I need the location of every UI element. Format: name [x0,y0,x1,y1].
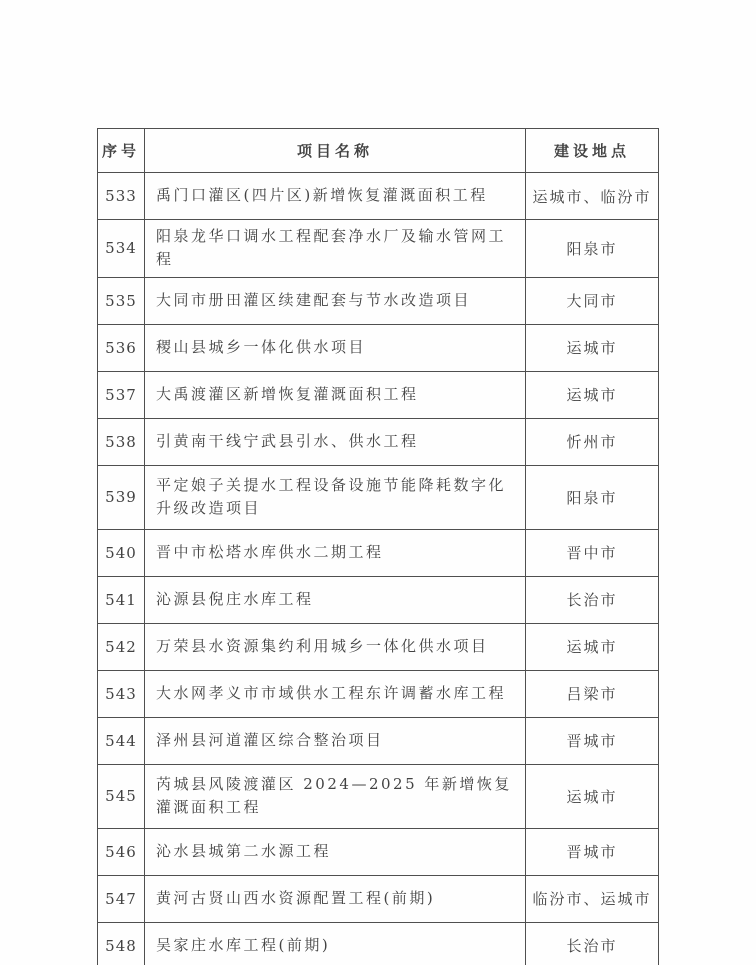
project-name-cell: 大禹渡灌区新增恢复灌溉面积工程 [145,371,526,418]
header-construction-location: 建设地点 [526,129,659,173]
project-name-cell: 引黄南干线宁武县引水、供水工程 [145,418,526,465]
location-cell: 运城市 [526,324,659,371]
project-name-cell: 大水网孝义市市域供水工程东许调蓄水库工程 [145,670,526,717]
table-row: 533 禹门口灌区(四片区)新增恢复灌溉面积工程 运城市、临汾市 [98,173,659,220]
project-name-cell: 吴家庄水库工程(前期) [145,922,526,965]
table-row: 544 泽州县河道灌区综合整治项目 晋城市 [98,717,659,764]
row-number-cell: 540 [98,529,145,576]
row-number-cell: 539 [98,465,145,529]
table-row: 538 引黄南干线宁武县引水、供水工程 忻州市 [98,418,659,465]
project-name-cell: 阳泉龙华口调水工程配套净水厂及输水管网工程 [145,220,526,278]
row-number-cell: 537 [98,371,145,418]
row-number-cell: 548 [98,922,145,965]
location-cell: 阳泉市 [526,465,659,529]
row-number-cell: 535 [98,277,145,324]
table-row: 545 芮城县风陵渡灌区 2024—2025 年新增恢复灌溉面积工程 运城市 [98,764,659,828]
location-cell: 长治市 [526,922,659,965]
location-cell: 忻州市 [526,418,659,465]
document-page: 序号 项目名称 建设地点 533 禹门口灌区(四片区)新增恢复灌溉面积工程 运城… [0,0,756,965]
row-number-cell: 547 [98,875,145,922]
project-name-cell: 沁水县城第二水源工程 [145,828,526,875]
project-name-cell: 禹门口灌区(四片区)新增恢复灌溉面积工程 [145,173,526,220]
location-cell: 运城市 [526,764,659,828]
row-number-cell: 536 [98,324,145,371]
row-number-cell: 545 [98,764,145,828]
location-cell: 临汾市、运城市 [526,875,659,922]
project-name-cell: 万荣县水资源集约利用城乡一体化供水项目 [145,623,526,670]
location-cell: 晋城市 [526,717,659,764]
location-cell: 运城市 [526,623,659,670]
row-number-cell: 533 [98,173,145,220]
table-row: 547 黄河古贤山西水资源配置工程(前期) 临汾市、运城市 [98,875,659,922]
project-name-cell: 晋中市松塔水库供水二期工程 [145,529,526,576]
row-number-cell: 534 [98,220,145,278]
project-name-cell: 黄河古贤山西水资源配置工程(前期) [145,875,526,922]
location-cell: 吕梁市 [526,670,659,717]
project-name-cell: 平定娘子关提水工程设备设施节能降耗数字化升级改造项目 [145,465,526,529]
project-name-cell: 沁源县倪庄水库工程 [145,576,526,623]
table-row: 539 平定娘子关提水工程设备设施节能降耗数字化升级改造项目 阳泉市 [98,465,659,529]
row-number-cell: 538 [98,418,145,465]
table-row: 541 沁源县倪庄水库工程 长治市 [98,576,659,623]
location-cell: 运城市 [526,371,659,418]
location-cell: 阳泉市 [526,220,659,278]
row-number-cell: 541 [98,576,145,623]
row-number-cell: 546 [98,828,145,875]
project-name-cell: 泽州县河道灌区综合整治项目 [145,717,526,764]
table-row: 537 大禹渡灌区新增恢复灌溉面积工程 运城市 [98,371,659,418]
table-row: 535 大同市册田灌区续建配套与节水改造项目 大同市 [98,277,659,324]
table-row: 542 万荣县水资源集约利用城乡一体化供水项目 运城市 [98,623,659,670]
table-header-row: 序号 项目名称 建设地点 [98,129,659,173]
project-name-cell: 稷山县城乡一体化供水项目 [145,324,526,371]
location-cell: 长治市 [526,576,659,623]
project-name-cell: 芮城县风陵渡灌区 2024—2025 年新增恢复灌溉面积工程 [145,764,526,828]
header-project-name: 项目名称 [145,129,526,173]
row-number-cell: 542 [98,623,145,670]
location-cell: 运城市、临汾市 [526,173,659,220]
table-row: 536 稷山县城乡一体化供水项目 运城市 [98,324,659,371]
row-number-cell: 543 [98,670,145,717]
table-row: 546 沁水县城第二水源工程 晋城市 [98,828,659,875]
location-cell: 大同市 [526,277,659,324]
table-row: 543 大水网孝义市市域供水工程东许调蓄水库工程 吕梁市 [98,670,659,717]
project-name-cell: 大同市册田灌区续建配套与节水改造项目 [145,277,526,324]
table-row: 540 晋中市松塔水库供水二期工程 晋中市 [98,529,659,576]
table-row: 534 阳泉龙华口调水工程配套净水厂及输水管网工程 阳泉市 [98,220,659,278]
table-row: 548 吴家庄水库工程(前期) 长治市 [98,922,659,965]
row-number-cell: 544 [98,717,145,764]
header-serial-number: 序号 [98,129,145,173]
location-cell: 晋中市 [526,529,659,576]
projects-table: 序号 项目名称 建设地点 533 禹门口灌区(四片区)新增恢复灌溉面积工程 运城… [97,128,659,965]
location-cell: 晋城市 [526,828,659,875]
